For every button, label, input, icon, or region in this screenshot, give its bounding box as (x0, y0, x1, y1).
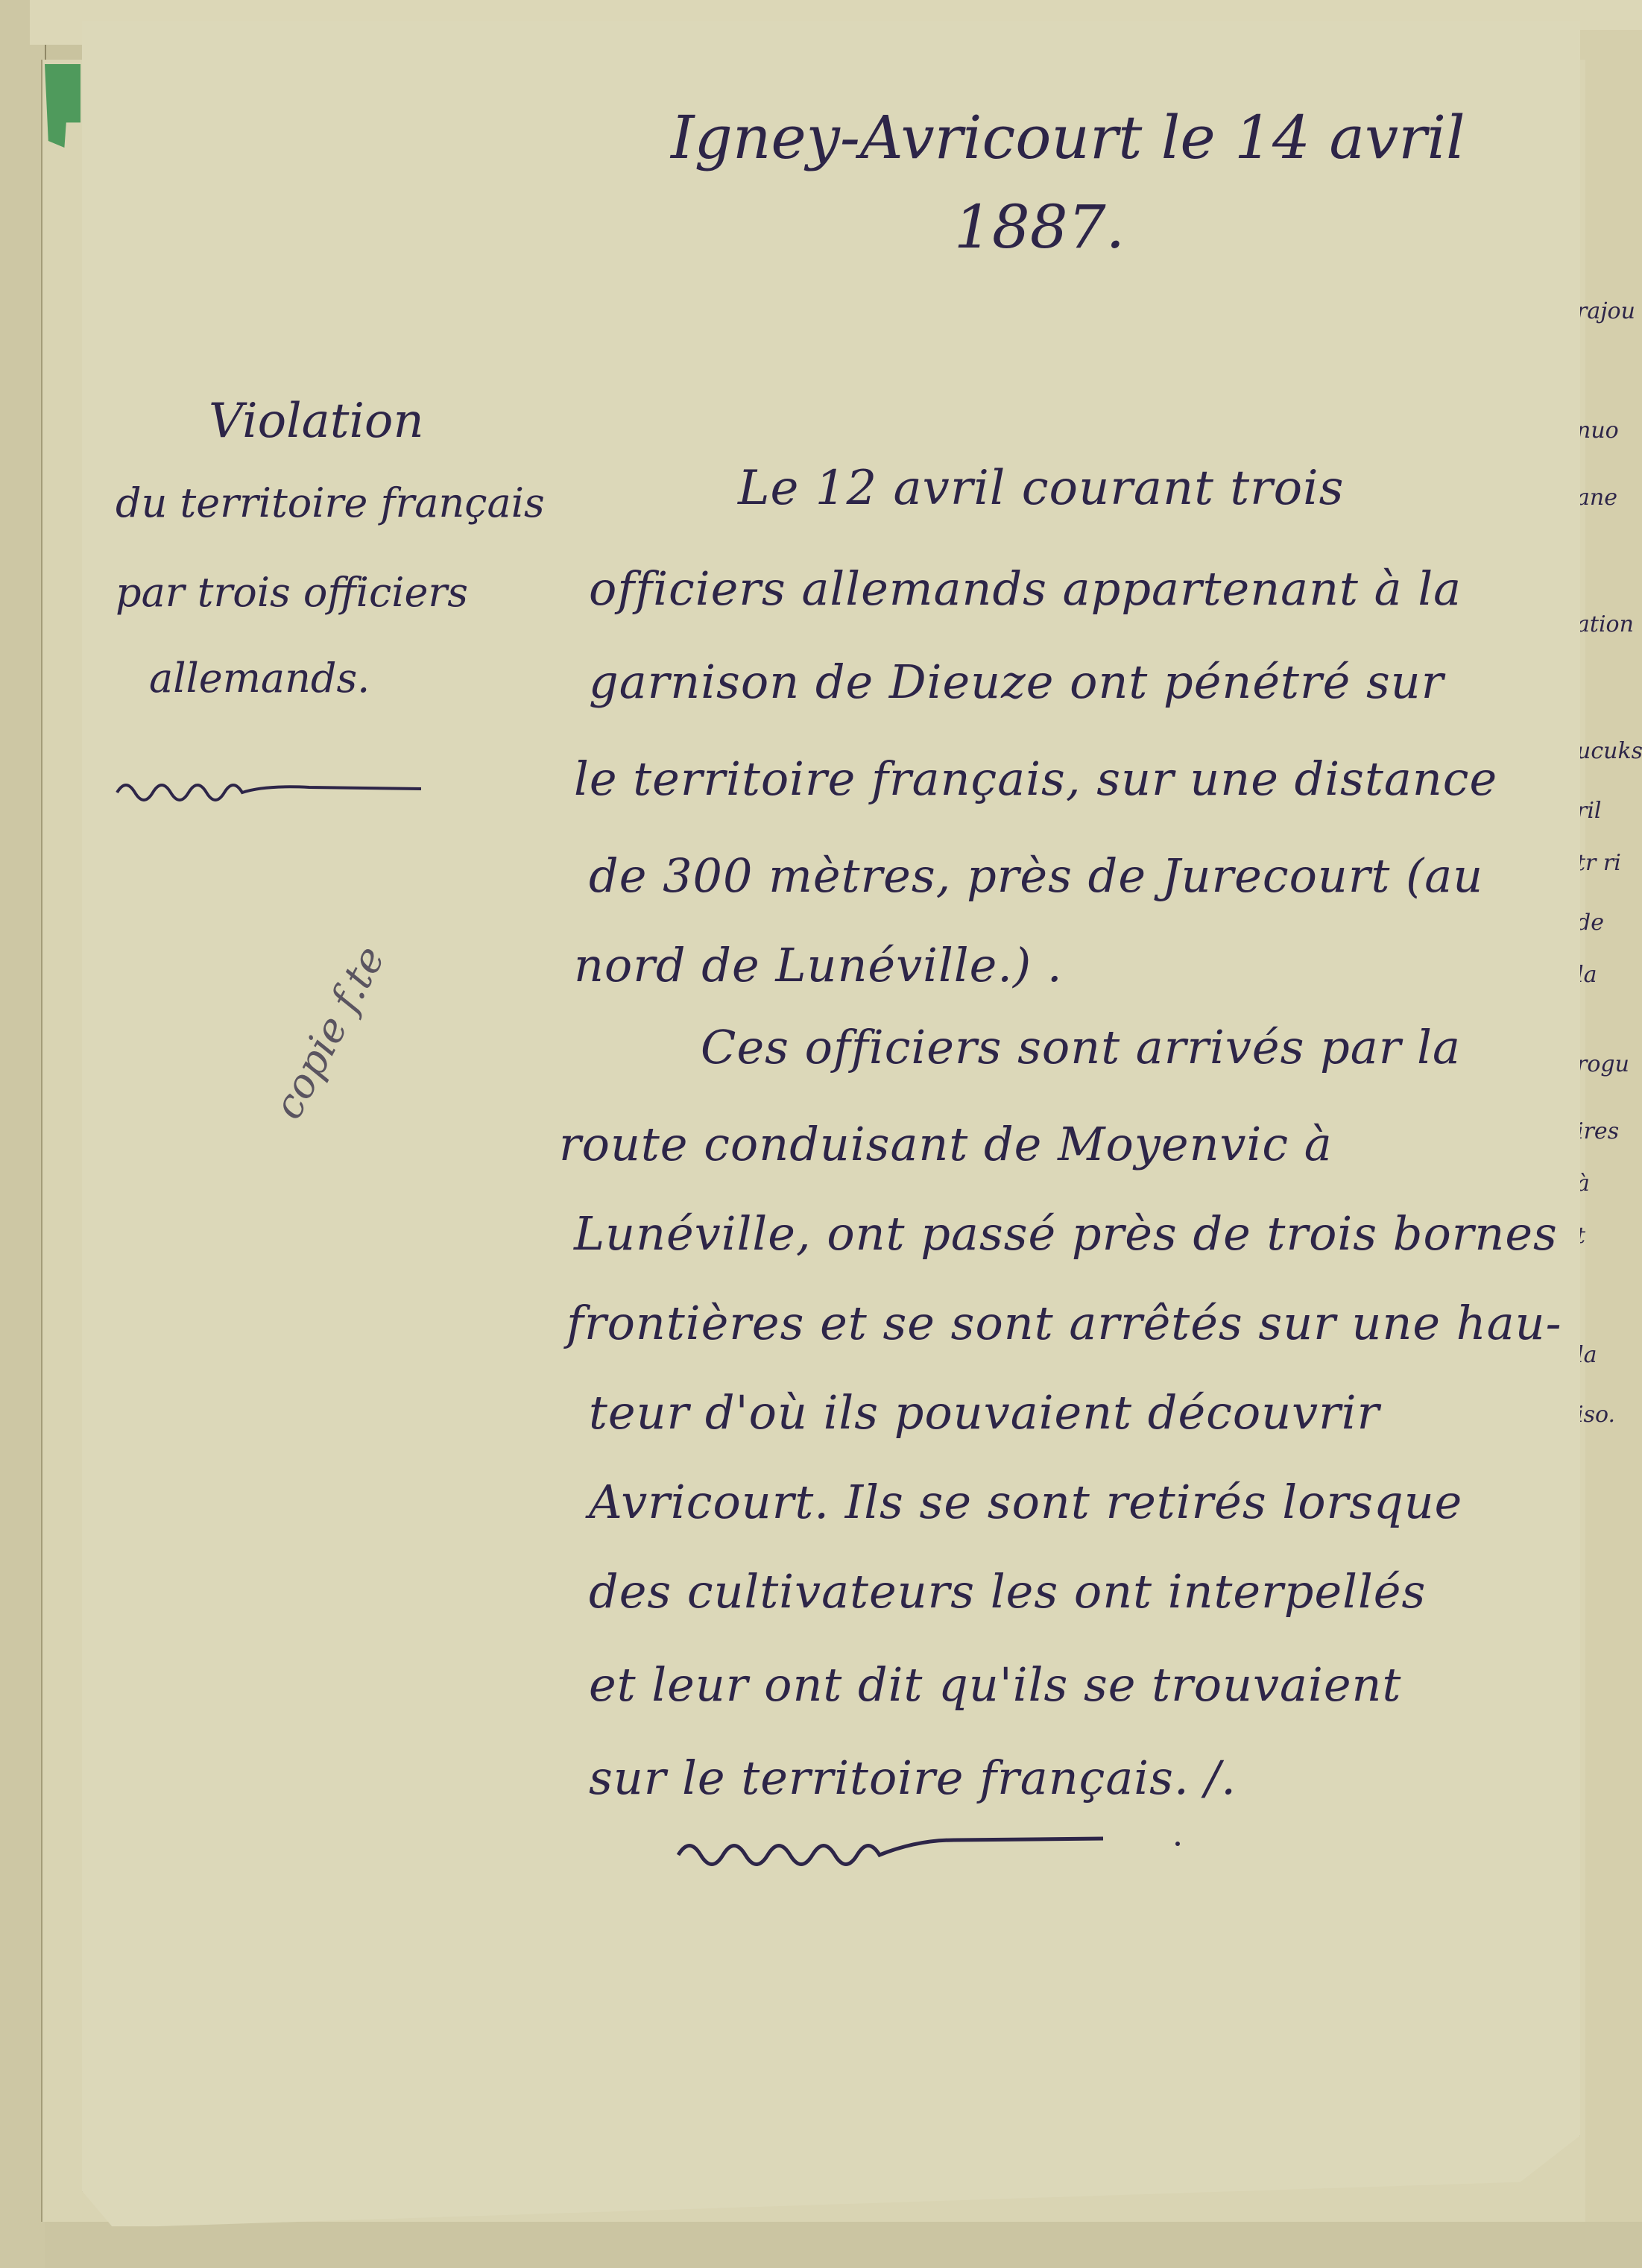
underlying-sheet-bottom (45, 2222, 1642, 2268)
edge-fragment: iso. (1576, 1402, 1615, 1428)
margin-squiggle-divider (116, 774, 429, 804)
date-year: 1887. (954, 192, 1125, 262)
body-line: sur le territoire français. /. (589, 1751, 1237, 1805)
body-line: nord de Lunéville.) . (574, 938, 1063, 992)
closing-squiggle-divider (671, 1825, 1342, 1870)
edge-fragment: tr ri (1576, 850, 1621, 876)
edge-fragment: rogu (1576, 1051, 1629, 1077)
pencil-annotation: copie f.te (264, 938, 394, 1127)
body-line: Ces officiers sont arrivés par la (701, 1020, 1461, 1074)
edge-fragment: ane (1576, 485, 1617, 511)
margin-note-title: Violation (209, 394, 424, 449)
edge-fragment: ucuks (1576, 738, 1642, 764)
margin-note-line: par trois officiers (116, 569, 468, 616)
edge-fragment: ires (1576, 1118, 1619, 1144)
body-line: des cultivateurs les ont interpellés (589, 1564, 1426, 1619)
edge-fragment: nuo (1576, 418, 1619, 444)
body-line: garnison de Dieuze ont pénétré sur (589, 655, 1444, 709)
body-line: Avricourt. Ils se sont retirés lorsque (589, 1475, 1462, 1529)
body-line: teur d'où ils pouvaient découvrir (589, 1385, 1380, 1440)
body-line: Le 12 avril courant trois (738, 461, 1344, 516)
body-line: et leur ont dit qu'ils se trouvaient (589, 1657, 1401, 1712)
body-line: Lunéville, ont passé près de trois borne… (574, 1206, 1558, 1261)
body-line: officiers allemands appartenant à la (589, 561, 1462, 616)
place-date-line: Igney-Avricourt le 14 avril (671, 103, 1465, 172)
margin-note-line: allemands. (149, 655, 370, 702)
body-line: le territoire français, sur une distance (574, 752, 1497, 806)
edge-fragment: ation (1576, 611, 1634, 637)
edge-fragment: rajou (1576, 298, 1635, 324)
edge-fragment: de (1576, 910, 1604, 936)
edge-fragment: ril (1576, 798, 1602, 824)
body-line: route conduisant de Moyenvic à (559, 1117, 1333, 1171)
underlying-sheet-left (0, 0, 46, 2268)
margin-note-line: du territoire français (116, 479, 545, 526)
letter-page: Igney-Avricourt le 14 avril 1887. Violat… (82, 21, 1580, 2235)
body-line: de 300 mètres, près de Jurecourt (au (589, 848, 1483, 903)
body-line: frontières et se sont arrêtés sur une ha… (566, 1296, 1562, 1350)
